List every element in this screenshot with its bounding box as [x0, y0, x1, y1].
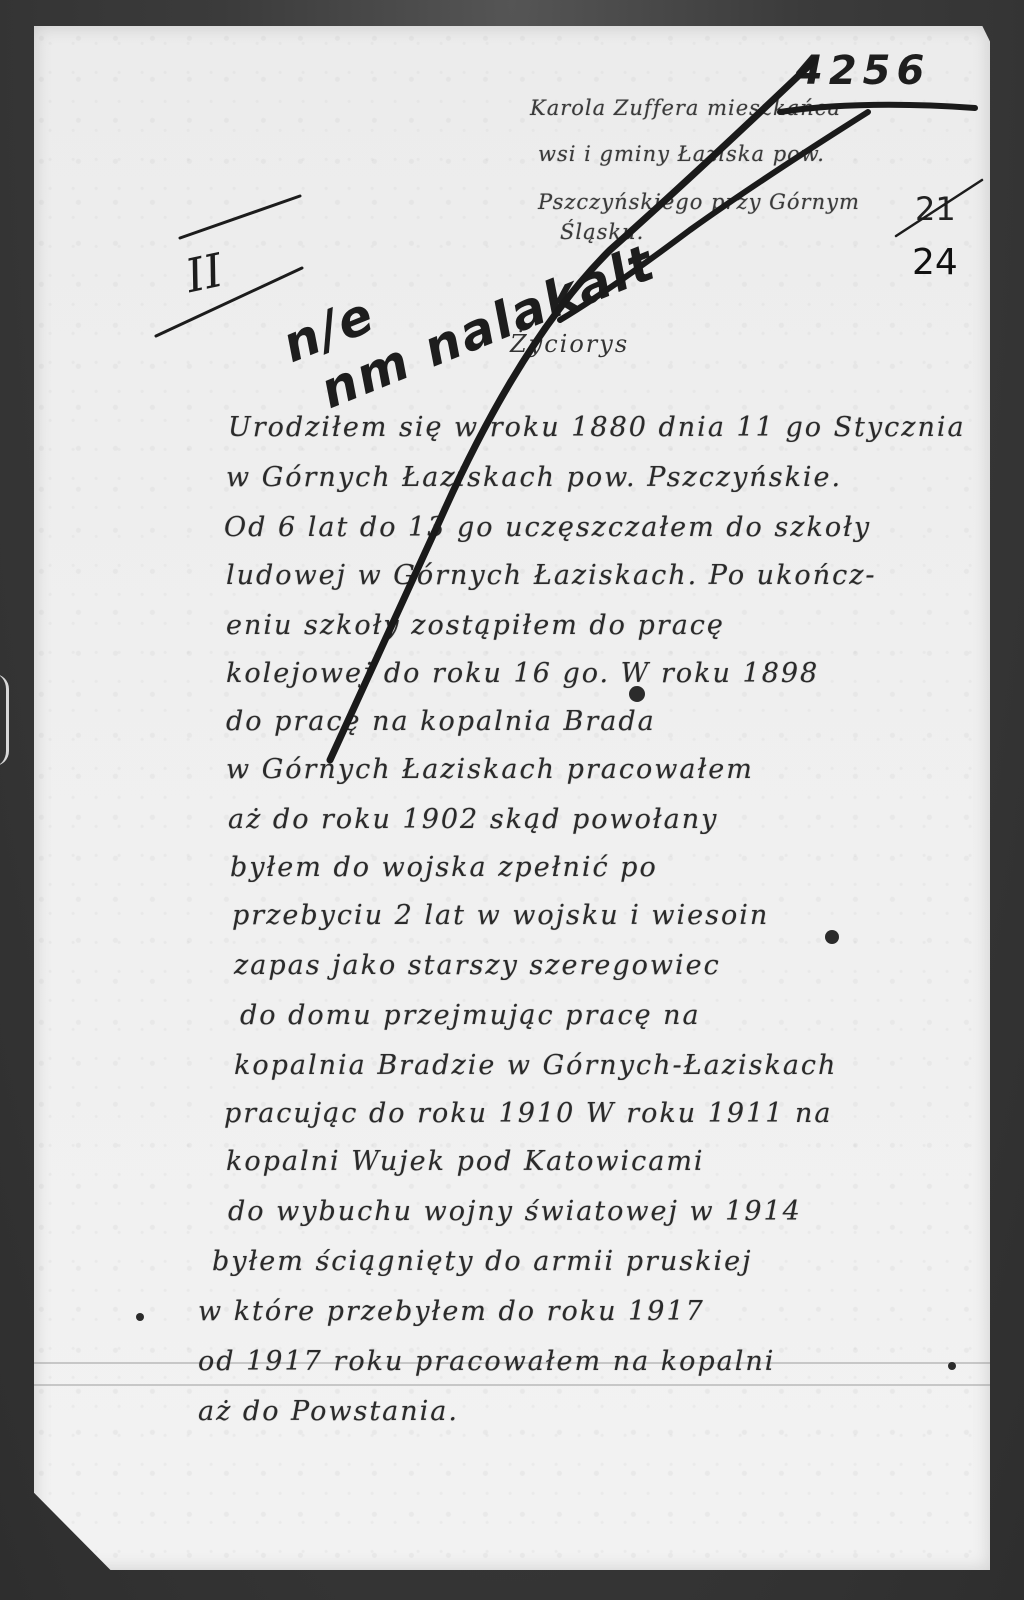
body-line: do pracę na kopalnia Brada [226, 706, 656, 737]
body-line: byłem do wojska zpełnić po [230, 852, 658, 883]
header-line: Karola Zuffera mieszkańca [530, 96, 841, 120]
body-line: pracując do roku 1910 W roku 1911 na [224, 1098, 833, 1129]
body-line: kopalni Wujek pod Katowicami [226, 1146, 705, 1177]
body-line: byłem ściągnięty do armii pruskiej [212, 1246, 753, 1277]
header-line: wsi i gminy Łaziska pow. [538, 142, 825, 166]
folio-old-struck: 21 [915, 190, 956, 228]
archive-number: 4256 [795, 48, 930, 94]
body-line: Urodziłem się w roku 1880 dnia 11 go Sty… [228, 412, 966, 443]
page-edge-notch [0, 674, 9, 766]
body-line: eniu szkoły zostąpiłem do pracę [226, 610, 725, 641]
body-line: w które przebyłem do roku 1917 [198, 1296, 705, 1327]
body-line: kopalnia Bradzie w Górnych-Łaziskach [234, 1050, 837, 1081]
body-line: od 1917 roku pracowałem na kopalni [198, 1346, 775, 1377]
body-line: ludowej w Górnych Łaziskach. Po ukończ- [226, 560, 877, 591]
body-line: zapas jako starszy szeregowiec [234, 950, 721, 981]
body-line: Od 6 lat do 13 go uczęszczałem do szkoły [224, 512, 871, 543]
scanned-document: 4256 21 24 Karola Zuffera mieszkańca wsi… [0, 0, 1024, 1600]
paper-sheet [34, 26, 990, 1570]
folio-number: 24 [912, 242, 958, 283]
body-line: w Górnych Łaziskach pow. Pszczyńskie. [226, 462, 842, 493]
body-line: do wybuchu wojny światowej w 1914 [228, 1196, 802, 1227]
body-line: do domu przejmując pracę na [240, 1000, 701, 1031]
body-line: w Górnych Łaziskach pracowałem [226, 754, 754, 785]
fold-line [34, 1384, 990, 1386]
body-line: kolejowej do roku 16 go. W roku 1898 [226, 658, 819, 689]
body-line: aż do Powstania. [198, 1396, 459, 1427]
body-line: aż do roku 1902 skąd powołany [228, 804, 718, 835]
body-line: przebyciu 2 lat w wojsku i wiesoin [232, 900, 769, 931]
document-title: Życiorys [510, 330, 629, 358]
header-line: Pszczyńskiego przy Górnym [538, 190, 860, 214]
